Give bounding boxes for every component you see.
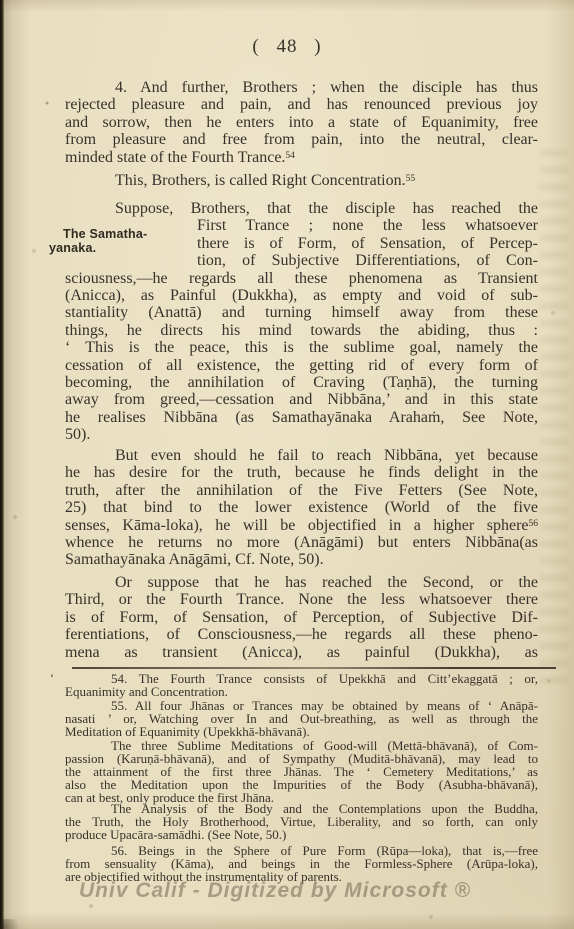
text-line: from pleasure and free from pain, into t…: [65, 131, 538, 148]
footnote-reference: 56: [529, 519, 539, 529]
text-line: But even should he fail to reach Nibbāna…: [65, 447, 538, 464]
text-line: 25) that bind to the lower existence (Wo…: [65, 499, 538, 516]
footnote-56: 56. Beings in the Sphere of Pure Form (R…: [65, 845, 538, 884]
text-line: truth, after the annihilation of the Fiv…: [65, 482, 538, 499]
digitization-watermark: Univ Calif - Digitized by Microsoft ®: [0, 879, 574, 903]
text-line: Or suppose that he has reached the Secon…: [65, 574, 538, 591]
text-line: he realises Nibbāna (as Samathayānaka Ar…: [65, 409, 538, 426]
paragraph-second-third-fourth-trance: Or suppose that he has reached the Secon…: [65, 574, 538, 661]
text-line: is of Form, of Sensation, of Perception,…: [65, 609, 538, 626]
text-line: First Trance ; none the less whatsoever: [65, 217, 538, 234]
text-line: stantiality (Anattā) and turning himself…: [65, 304, 538, 321]
paragraph-suppose-first-trance: Suppose, Brothers, that the disciple has…: [65, 200, 538, 443]
paragraph-fourth-trance: 4. And further, Brothers ; when the disc…: [65, 79, 538, 166]
paragraph-five-fetters: But even should he fail to reach Nibbāna…: [65, 447, 538, 569]
text-line: 4. And further, Brothers ; when the disc…: [65, 79, 538, 96]
text-line: Samathayānaka Anāgāmi, Cf. Note, 50).: [65, 551, 538, 568]
text-line: (Anicca), as Painful (Dukkha), as empty …: [65, 287, 538, 304]
text-line: Meditation of Equanimity (Upekkhā-bhāvan…: [65, 726, 538, 739]
text-line: senses, Kāma-loka), he will be objectifi…: [65, 517, 538, 534]
stray-ink-mark: ‘: [50, 671, 54, 686]
text-line: becoming, the annihilation of Craving (T…: [65, 374, 538, 391]
text-line: mena as transient (Anicca), as painful (…: [65, 644, 538, 661]
text-line: tion, of Subjective Differentiations, of…: [65, 252, 538, 269]
text-line: Equanimity and Concentration.: [65, 686, 538, 699]
text-line: produce Upacāra-samādhi. (See Note, 50.): [65, 829, 538, 842]
text-line: rejected pleasure and pain, and has reno…: [65, 96, 538, 113]
text-line: there is of Form, of Sensation, of Perce…: [65, 235, 538, 252]
footnote-55-continued-meditations: The three Sublime Meditations of Good-wi…: [65, 740, 538, 804]
text-line: whence he returns no more (Anāgāmi) but …: [65, 534, 538, 551]
text-line: minded state of the Fourth Trance.54: [65, 149, 538, 166]
text-line: ‘ This is the peace, this is the sublime…: [65, 339, 538, 356]
footnote-reference: 55: [406, 174, 416, 184]
footnote-55-continued-analysis: The Analysis of the Body and the Contemp…: [65, 803, 538, 842]
text-line: This, Brothers, is called Right Concentr…: [65, 172, 538, 189]
text-line: sciousness,—he regards all these phenome…: [65, 270, 538, 287]
footnote-separator-rule: [72, 667, 556, 669]
footnote-55: 55. All four Jhānas or Trances may be ob…: [65, 700, 538, 739]
text-line: ferentiations, of Consciousness,—he rega…: [65, 626, 538, 643]
scanned-book-page: ( 48 ) 4. And further, Brothers ; when t…: [0, 0, 574, 929]
paper-specks: [0, 0, 2, 2]
reverse-page-bleed-through: [540, 150, 568, 690]
footnote-54: 54. The Fourth Trance consists of Upekkh…: [65, 673, 538, 699]
page-left-binding-edge: [0, 0, 4, 929]
text-line: things, he directs his mind towards the …: [65, 322, 538, 339]
text-line: Third, or the Fourth Trance. None the le…: [65, 591, 538, 608]
text-line: away from greed,—cessation and Nibbāna,’…: [65, 391, 538, 408]
bottom-left-shadow: [0, 919, 26, 929]
paragraph-right-concentration: This, Brothers, is called Right Concentr…: [65, 172, 538, 189]
page-number-header: ( 48 ): [0, 36, 574, 58]
footnote-reference: 54: [285, 151, 295, 161]
text-line: Suppose, Brothers, that the disciple has…: [65, 200, 538, 217]
text-line: he has desire for the truth, because he …: [65, 464, 538, 481]
text-line: cessation of all existence, the getting …: [65, 357, 538, 374]
text-line: and sorrow, then he enters into a state …: [65, 114, 538, 131]
text-line: 50).: [65, 426, 538, 443]
